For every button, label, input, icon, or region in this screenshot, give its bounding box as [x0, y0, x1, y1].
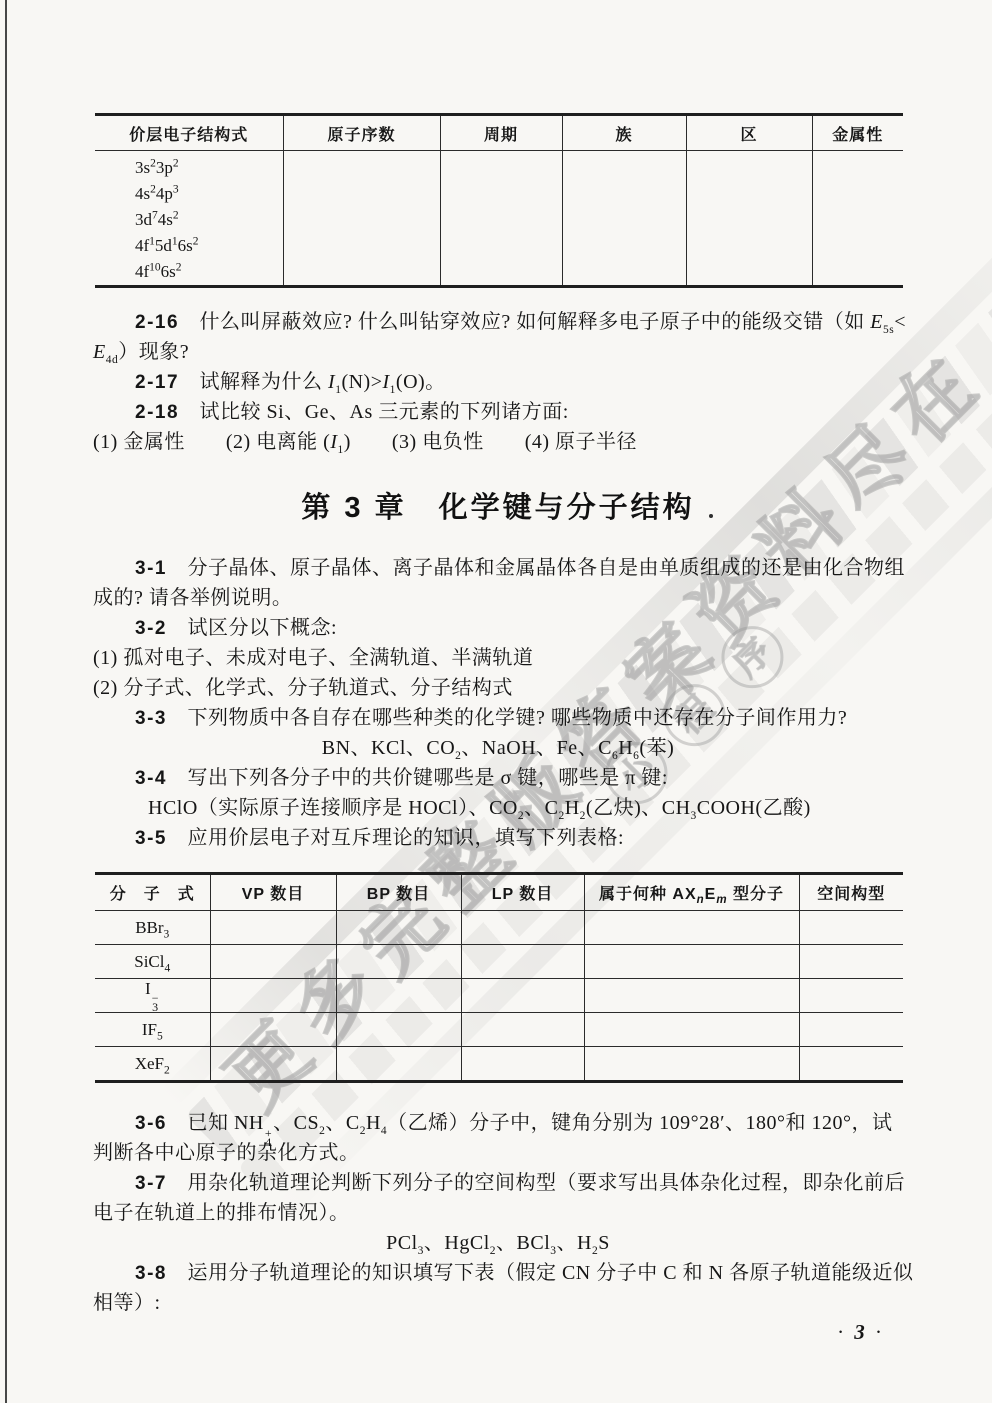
empty-cell — [584, 1013, 799, 1047]
question-line: 3-1 分子晶体、原子晶体、离子晶体和金属晶体各自是由单质组成的还是由化合物组 — [93, 553, 903, 583]
formula-line: HClO（实际原子连接顺序是 HOCl）、CO2、C2H2(乙炔)、CH3COO… — [93, 793, 903, 823]
table-row: IF5 — [95, 1013, 903, 1047]
empty-cell — [686, 151, 812, 182]
empty-cell — [799, 1013, 903, 1047]
empty-cell — [283, 207, 440, 233]
empty-cell — [461, 911, 584, 945]
table-row: 4f15d16s2 — [95, 233, 903, 259]
table-row: 3s23p2 — [95, 151, 903, 182]
empty-cell — [812, 233, 903, 259]
empty-cell — [440, 233, 562, 259]
empty-cell — [584, 945, 799, 979]
empty-cell — [210, 1047, 336, 1082]
empty-cell — [686, 207, 812, 233]
table-row: I−3 — [95, 979, 903, 1013]
column-header: 价层电子结构式 — [95, 115, 283, 151]
table-row: XeF2 — [95, 1047, 903, 1082]
valence-structure-table: 价层电子结构式 原子序数 周期 族 区 金属性 3s23p2 4s24p3 — [95, 113, 903, 288]
page-content: 价层电子结构式 原子序数 周期 族 区 金属性 3s23p2 4s24p3 — [0, 0, 992, 1403]
empty-cell — [210, 979, 336, 1013]
empty-cell — [812, 181, 903, 207]
question-line: 2-18 试比较 Si、Ge、As 三元素的下列诸方面: — [93, 397, 903, 427]
empty-cell — [812, 259, 903, 287]
empty-cell — [562, 259, 686, 287]
vsepr-table: 分 子 式 VP 数目 BP 数目 LP 数目 属于何种 AXnEm 型分子 空… — [95, 872, 903, 1083]
empty-cell — [461, 945, 584, 979]
empty-cell — [210, 911, 336, 945]
column-header: 金属性 — [812, 115, 903, 151]
formula-cell: IF5 — [95, 1013, 210, 1047]
column-header: LP 数目 — [461, 874, 584, 911]
scanned-textbook-page: 更多完整版答案资料尽在 小程序 价层电子结构式 原子序数 周期 族 区 金属性 … — [0, 0, 992, 1403]
empty-cell — [336, 911, 461, 945]
question-line: E4d）现象? — [93, 337, 903, 367]
empty-cell — [440, 259, 562, 287]
question-line: 2-16 什么叫屏蔽效应? 什么叫钻穿效应? 如何解释多电子原子中的能级交错（如… — [93, 307, 903, 337]
empty-cell — [799, 945, 903, 979]
question-line: 3-2 试区分以下概念: — [93, 613, 903, 643]
formula-cell: I−3 — [95, 979, 210, 1013]
empty-cell — [210, 945, 336, 979]
question-line: 3-3 下列物质中各自存在哪些种类的化学键? 哪些物质中还存在分子间作用力? — [93, 703, 903, 733]
questions-2-block: 2-16 什么叫屏蔽效应? 什么叫钻穿效应? 如何解释多电子原子中的能级交错（如… — [93, 307, 903, 457]
formula-line: PCl3、HgCl2、BCl3、H2S — [93, 1228, 903, 1258]
empty-cell — [461, 979, 584, 1013]
empty-cell — [440, 181, 562, 207]
empty-cell — [812, 207, 903, 233]
formula-cell: 3d74s2 — [95, 207, 283, 233]
empty-cell — [686, 233, 812, 259]
column-header: 空间构型 — [799, 874, 903, 911]
question-line: (1) 孤对电子、未成对电子、全满轨道、半满轨道 — [93, 643, 903, 673]
empty-cell — [461, 1047, 584, 1082]
empty-cell — [283, 233, 440, 259]
question-line: 3-4 写出下列各分子中的共价键哪些是 σ 键，哪些是 π 键: — [93, 763, 903, 793]
formula-cell: XeF2 — [95, 1047, 210, 1082]
empty-cell — [686, 259, 812, 287]
column-header: 分 子 式 — [95, 874, 210, 911]
empty-cell — [799, 1047, 903, 1082]
formula-line: BN、KCl、CO2、NaOH、Fe、C6H6(苯) — [93, 733, 903, 763]
column-header: BP 数目 — [336, 874, 461, 911]
scan-edge-line — [5, 0, 7, 1403]
questions-3-block-2: 3-6 已知 NH+4、CS2、C2H4（乙烯）分子中，键角分别为 109°28… — [93, 1108, 903, 1318]
column-header: 周期 — [440, 115, 562, 151]
empty-cell — [584, 911, 799, 945]
empty-cell — [210, 1013, 336, 1047]
empty-cell — [336, 1047, 461, 1082]
question-line: 3-6 已知 NH+4、CS2、C2H4（乙烯）分子中，键角分别为 109°28… — [93, 1108, 903, 1138]
empty-cell — [283, 151, 440, 182]
empty-cell — [336, 979, 461, 1013]
empty-cell — [283, 259, 440, 287]
table-header-row: 价层电子结构式 原子序数 周期 族 区 金属性 — [95, 115, 903, 151]
table-row: SiCl4 — [95, 945, 903, 979]
column-header: VP 数目 — [210, 874, 336, 911]
empty-cell — [562, 207, 686, 233]
table-row: 4f106s2 — [95, 259, 903, 287]
formula-cell: 4f106s2 — [95, 259, 283, 287]
empty-cell — [584, 1047, 799, 1082]
table-row: BBr3 — [95, 911, 903, 945]
question-line: 2-17 试解释为什么 I1(N)>I1(O)。 — [93, 367, 903, 397]
question-line: 相等）: — [93, 1288, 903, 1318]
scan-speck — [709, 514, 713, 518]
question-line: 3-8 运用分子轨道理论的知识填写下表（假定 CN 分子中 C 和 N 各原子轨… — [93, 1258, 903, 1288]
formula-cell: 4f15d16s2 — [95, 233, 283, 259]
column-header: 属于何种 AXnEm 型分子 — [584, 874, 799, 911]
empty-cell — [440, 207, 562, 233]
formula-cell: BBr3 — [95, 911, 210, 945]
empty-cell — [686, 181, 812, 207]
question-line: (2) 分子式、化学式、分子轨道式、分子结构式 — [93, 673, 903, 703]
column-header: 族 — [562, 115, 686, 151]
empty-cell — [812, 151, 903, 182]
empty-cell — [440, 151, 562, 182]
chapter-title: 第 3 章 化学键与分子结构 — [93, 490, 903, 526]
empty-cell — [283, 181, 440, 207]
empty-cell — [562, 181, 686, 207]
question-line: 3-7 用杂化轨道理论判断下列分子的空间构型（要求写出具体杂化过程，即杂化前后 — [93, 1168, 903, 1198]
formula-cell: SiCl4 — [95, 945, 210, 979]
empty-cell — [336, 945, 461, 979]
formula-cell: 3s23p2 — [95, 151, 283, 182]
empty-cell — [584, 979, 799, 1013]
empty-cell — [799, 911, 903, 945]
table-header-row: 分 子 式 VP 数目 BP 数目 LP 数目 属于何种 AXnEm 型分子 空… — [95, 874, 903, 911]
table-row: 3d74s2 — [95, 207, 903, 233]
empty-cell — [799, 979, 903, 1013]
page-number: · 3 · — [93, 1320, 885, 1345]
question-line: 电子在轨道上的排布情况）。 — [93, 1198, 903, 1228]
empty-cell — [461, 1013, 584, 1047]
questions-3-block-1: 3-1 分子晶体、原子晶体、离子晶体和金属晶体各自是由单质组成的还是由化合物组 … — [93, 553, 903, 853]
question-line: 成的? 请各举例说明。 — [93, 583, 903, 613]
table-row: 4s24p3 — [95, 181, 903, 207]
question-line: 3-5 应用价层电子对互斥理论的知识，填写下列表格: — [93, 823, 903, 853]
empty-cell — [336, 1013, 461, 1047]
empty-cell — [562, 233, 686, 259]
formula-cell: 4s24p3 — [95, 181, 283, 207]
question-line: (1) 金属性 (2) 电离能 (I1) (3) 电负性 (4) 原子半径 — [93, 427, 903, 457]
question-line: 判断各中心原子的杂化方式。 — [93, 1138, 903, 1168]
column-header: 区 — [686, 115, 812, 151]
column-header: 原子序数 — [283, 115, 440, 151]
empty-cell — [562, 151, 686, 182]
